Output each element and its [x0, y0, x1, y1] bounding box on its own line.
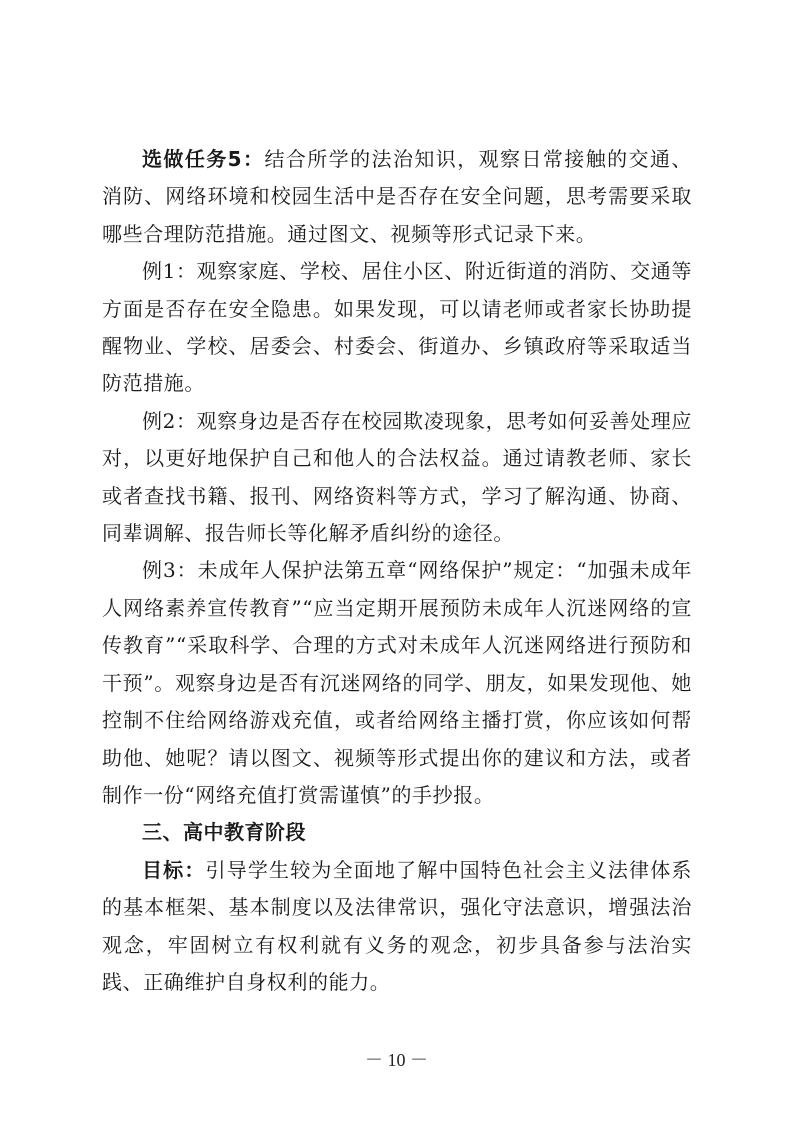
task-label: 选做任务5： [142, 147, 264, 171]
paragraph-text: 例1：观察家庭、学校、居住小区、附近街道的消防、交通等方面是否存在安全隐患。如果… [102, 259, 692, 395]
paragraph-optional-task-5: 选做任务5：结合所学的法治知识，观察日常接触的交通、消防、网络环境和校园生活中是… [102, 141, 692, 253]
section-heading: 三、高中教育阶段 [102, 814, 692, 851]
paragraph-goal: 目标：引导学生较为全面地了解中国特色社会主义法律体系的基本框架、基本制度以及法律… [102, 852, 692, 1002]
document-page: 选做任务5：结合所学的法治知识，观察日常接触的交通、消防、网络环境和校园生活中是… [102, 141, 692, 1001]
paragraph-example-3: 例3：未成年人保护法第五章“网络保护”规定：“加强未成年人网络素养宣传教育”“应… [102, 552, 692, 814]
paragraph-example-1: 例1：观察家庭、学校、居住小区、附近街道的消防、交通等方面是否存在安全隐患。如果… [102, 253, 692, 403]
paragraph-text: 例3：未成年人保护法第五章“网络保护”规定：“加强未成年人网络素养宣传教育”“应… [102, 558, 692, 806]
goal-label: 目标： [142, 858, 206, 882]
paragraph-text: 例2：观察身边是否存在校园欺凌现象，思考如何妥善处理应对，以更好地保护自己和他人… [102, 409, 692, 545]
page-number: － 10 － [0, 1046, 793, 1072]
paragraph-example-2: 例2：观察身边是否存在校园欺凌现象，思考如何妥善处理应对，以更好地保护自己和他人… [102, 403, 692, 553]
